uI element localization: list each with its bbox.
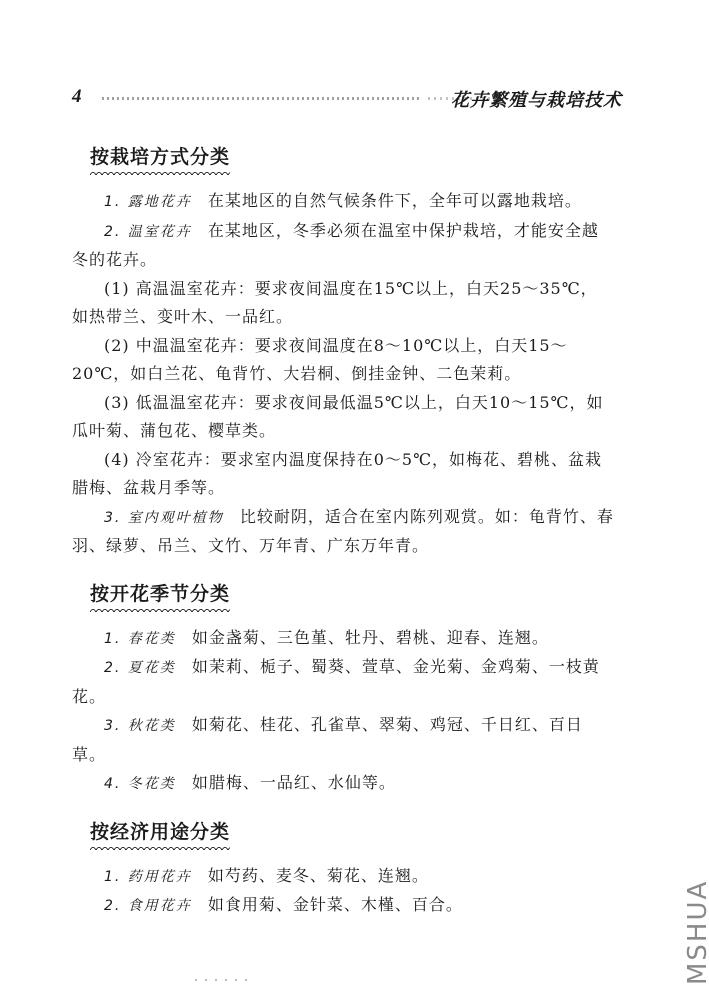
paragraph-text: 如食用菊、金针菜、木槿、百合。 — [208, 895, 463, 914]
term-lead: 4. 冬花类 — [104, 776, 176, 792]
paragraph: 2. 温室花卉在某地区，冬季必须在温室中保护栽培，才能安全越冬的花卉。 — [72, 217, 614, 275]
page-number: 4 — [72, 86, 82, 108]
section-title: 按经济用途分类 — [90, 817, 230, 844]
term-lead: 3. 室内观叶植物 — [104, 510, 224, 526]
paragraph: 1. 药用花卉如芍药、麦冬、菊花、连翘。 — [72, 862, 614, 892]
paragraph-text: (2) 中温温室花卉：要求夜间温度在8～10℃以上，白天15～20℃，如白兰花、… — [72, 336, 568, 384]
header-rule — [102, 97, 420, 100]
term-lead: 1. 药用花卉 — [104, 869, 192, 885]
paragraph: 2. 食用花卉如食用菊、金针菜、木槿、百合。 — [72, 891, 614, 921]
paragraph: (1) 高温温室花卉：要求夜间温度在15℃以上，白天25～35℃，如热带兰、变叶… — [72, 275, 614, 332]
footer-scan-marks — [195, 979, 255, 981]
paragraph: (2) 中温温室花卉：要求夜间温度在8～10℃以上，白天15～20℃，如白兰花、… — [72, 332, 614, 389]
term-lead: 2. 夏花类 — [104, 660, 176, 676]
term-lead: 1. 春花类 — [104, 631, 176, 647]
paragraph-text: (3) 低温温室花卉：要求夜间最低温5℃以上，白天10～15℃，如瓜叶菊、蒲包花… — [72, 393, 603, 441]
paragraph: 1. 露地花卉在某地区的自然气候条件下，全年可以露地栽培。 — [72, 187, 614, 217]
term-lead: 2. 食用花卉 — [104, 898, 192, 914]
paragraph-text: (4) 冷室花卉：要求室内温度保持在0～5℃，如梅花、碧桃、盆栽腊梅、盆栽月季等… — [72, 450, 602, 498]
watermark: MSHUA — [683, 880, 709, 985]
paragraph-text: 如芍药、麦冬、菊花、连翘。 — [208, 866, 429, 885]
section-economic-use: 按经济用途分类 1. 药用花卉如芍药、麦冬、菊花、连翘。 2. 食用花卉如食用菊… — [72, 817, 614, 921]
paragraph: 2. 夏花类如茉莉、栀子、蜀葵、萱草、金光菊、金鸡菊、一枝黄花。 — [72, 653, 614, 711]
term-lead: 2. 温室花卉 — [104, 224, 192, 240]
paragraph-text: (1) 高温温室花卉：要求夜间温度在15℃以上，白天25～35℃，如热带兰、变叶… — [72, 279, 598, 327]
running-title: 花卉繁殖与栽培技术 — [451, 86, 622, 112]
section-title: 按开花季节分类 — [90, 579, 230, 606]
paragraph: 3. 秋花类如菊花、桂花、孔雀草、翠菊、鸡冠、千日红、百日草。 — [72, 711, 614, 769]
paragraph-text: 如金盏菊、三色堇、牡丹、碧桃、迎春、连翘。 — [192, 628, 549, 647]
paragraph: 3. 室内观叶植物比较耐阴，适合在室内陈列观赏。如：龟背竹、春羽、绿萝、吊兰、文… — [72, 503, 614, 561]
paragraph-text: 在某地区的自然气候条件下，全年可以露地栽培。 — [208, 191, 582, 210]
paragraph: 4. 冬花类如腊梅、一品红、水仙等。 — [72, 769, 614, 799]
paragraph: 1. 春花类如金盏菊、三色堇、牡丹、碧桃、迎春、连翘。 — [72, 624, 614, 654]
section-cultivation: 按栽培方式分类 1. 露地花卉在某地区的自然气候条件下，全年可以露地栽培。 2.… — [72, 142, 614, 561]
term-lead: 3. 秋花类 — [104, 718, 176, 734]
page-header: 4 花卉繁殖与栽培技术 — [72, 86, 632, 110]
page-body: 按栽培方式分类 1. 露地花卉在某地区的自然气候条件下，全年可以露地栽培。 2.… — [72, 142, 614, 921]
term-lead: 1. 露地花卉 — [104, 194, 192, 210]
section-title: 按栽培方式分类 — [90, 142, 230, 169]
paragraph: (3) 低温温室花卉：要求夜间最低温5℃以上，白天10～15℃，如瓜叶菊、蒲包花… — [72, 389, 614, 446]
section-season: 按开花季节分类 1. 春花类如金盏菊、三色堇、牡丹、碧桃、迎春、连翘。 2. 夏… — [72, 579, 614, 799]
paragraph-text: 如腊梅、一品红、水仙等。 — [192, 773, 396, 792]
paragraph: (4) 冷室花卉：要求室内温度保持在0～5℃，如梅花、碧桃、盆栽腊梅、盆栽月季等… — [72, 446, 614, 503]
